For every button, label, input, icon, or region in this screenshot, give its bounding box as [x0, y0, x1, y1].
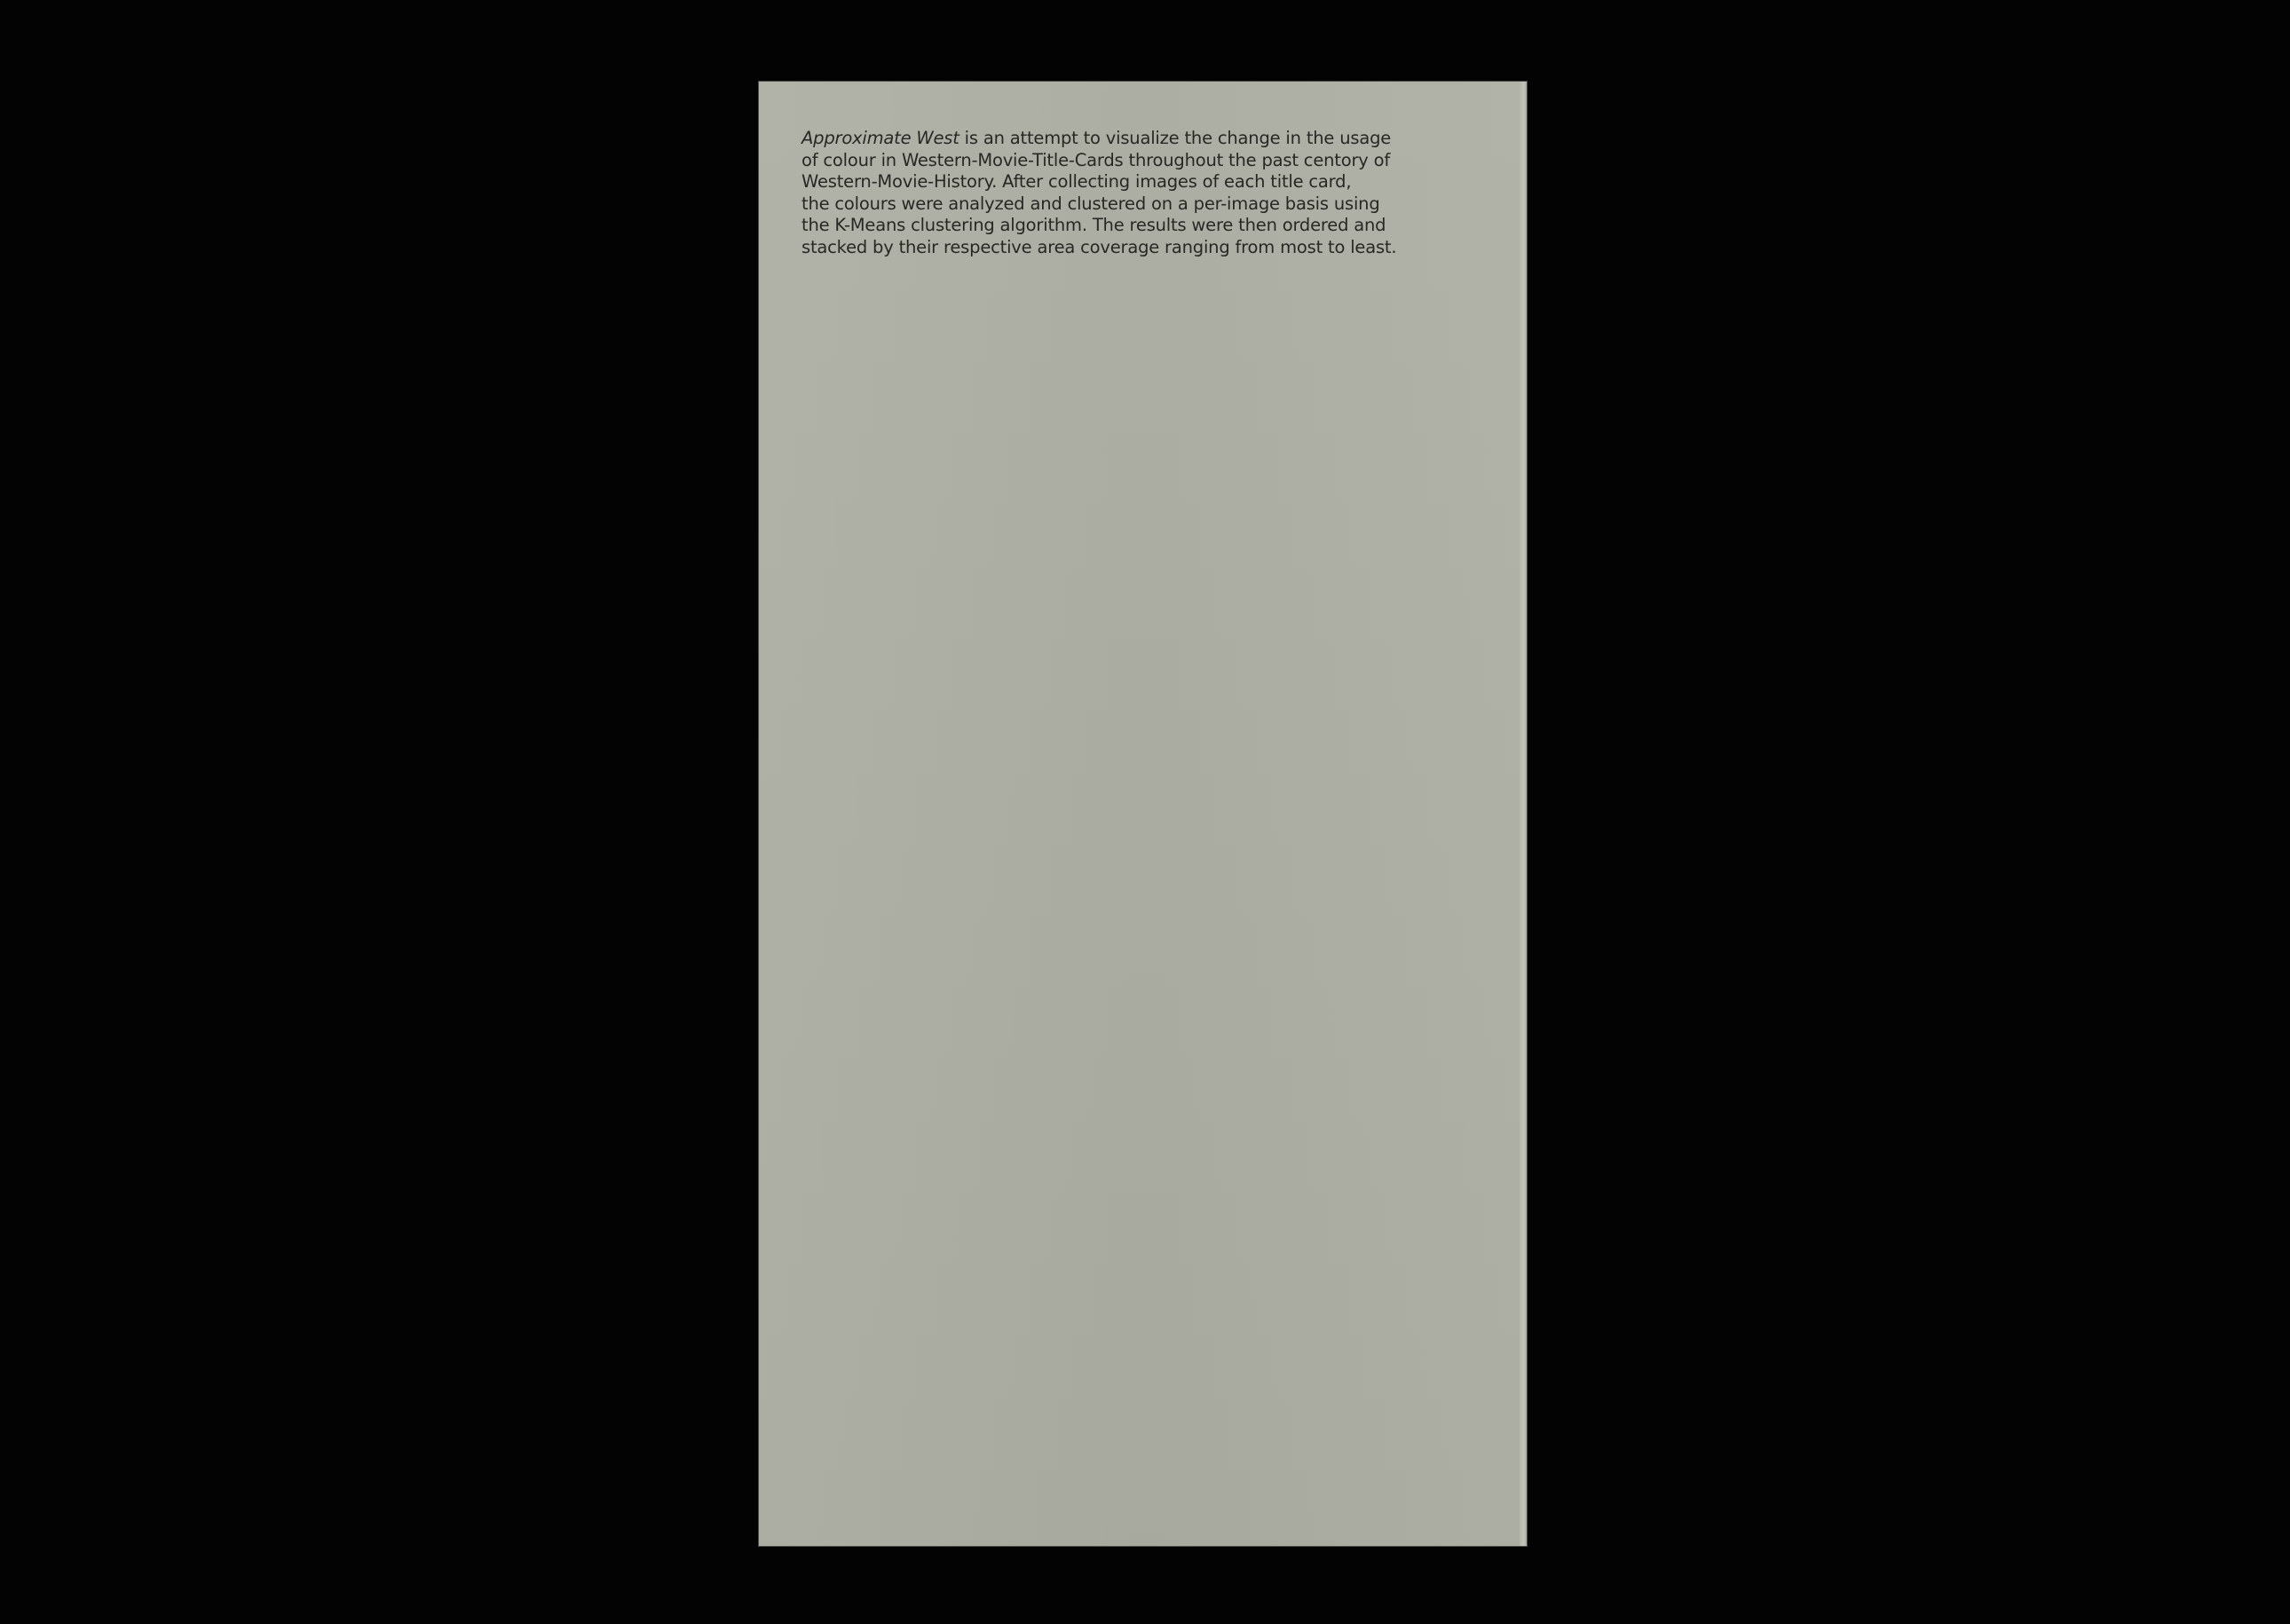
intro-line-5: the K-Means clustering algorithm. The re…: [801, 215, 1386, 235]
intro-line-1: is an attempt to visualize the change in…: [959, 128, 1391, 148]
intro-line-3: Western-Movie-History. After collecting …: [801, 171, 1351, 192]
intro-line-6: stacked by their respective area coverag…: [801, 237, 1396, 257]
intro-paragraph: Approximate West is an attempt to visual…: [801, 128, 1476, 259]
booklet-spine-edge: [1520, 82, 1527, 1546]
intro-line-2: of colour in Western-Movie-Title-Cards t…: [801, 150, 1390, 170]
intro-line-4: the colours were analyzed and clustered …: [801, 193, 1380, 214]
project-title: Approximate West: [801, 128, 959, 148]
booklet-page: Approximate West is an attempt to visual…: [759, 82, 1527, 1546]
